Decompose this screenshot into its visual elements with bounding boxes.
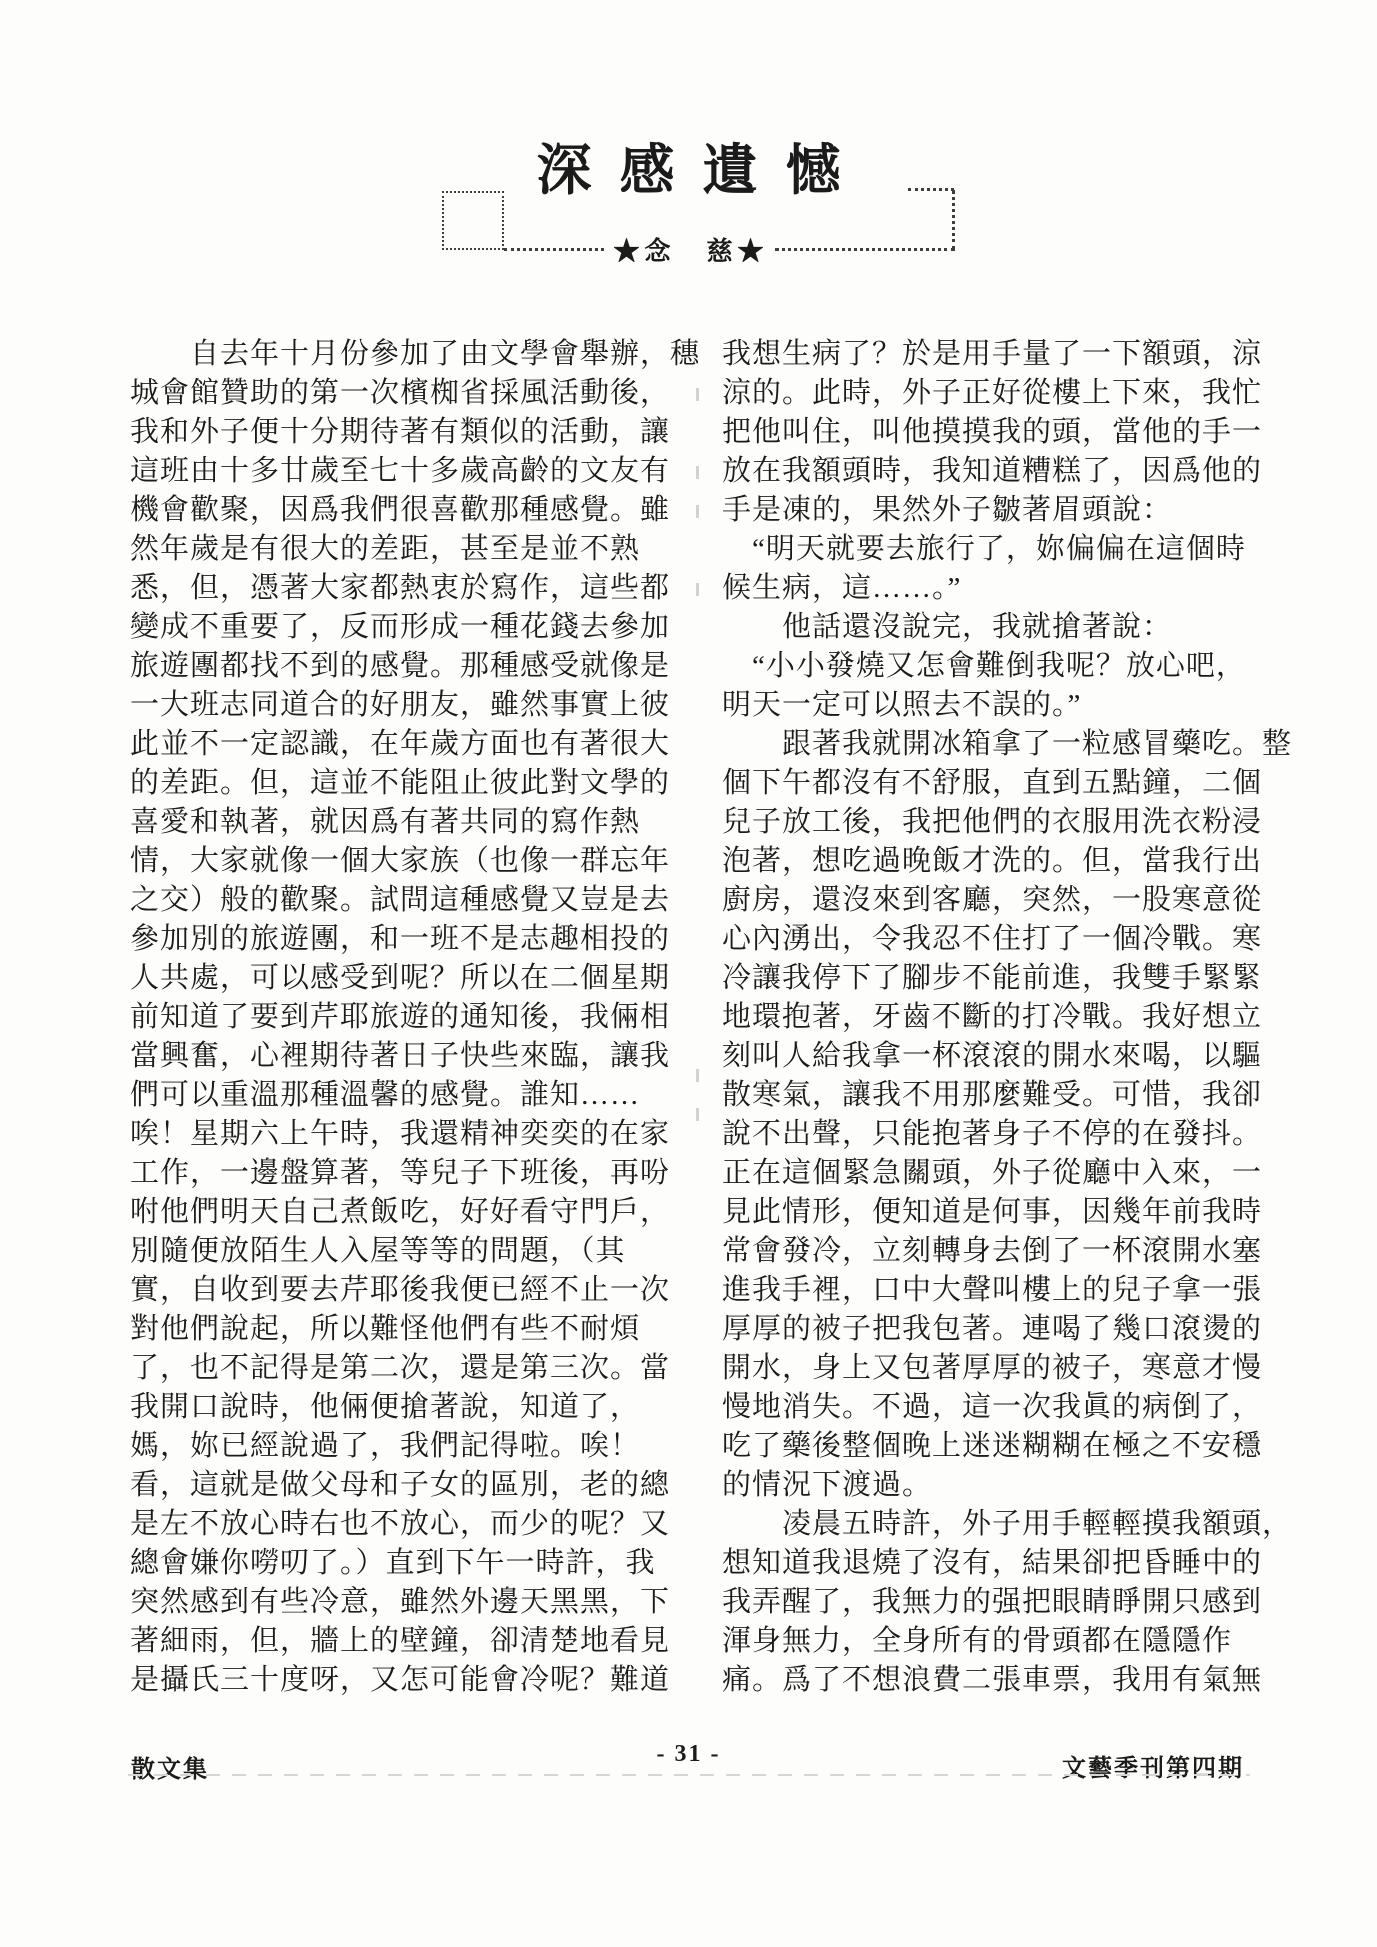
text-line: 散寒氣，讓我不用那麼難受。可惜，我卻 [722,1076,1282,1115]
text-line: 是左不放心時右也不放心，而少的呢？又 [130,1505,690,1544]
text-line: 兒子放工後，我把他們的衣服用洗衣粉浸 [722,803,1282,842]
text-line: 參加別的旅遊團，和一班不是志趣相投的 [130,920,690,959]
scan-artifact-line [128,1774,1250,1776]
text-line: 人共處，可以感受到呢？所以在二個星期 [130,959,690,998]
text-line: 凌晨五時許，外子用手輕輕摸我額頭， [722,1505,1282,1544]
text-column-right: 我想生病了？於是用手量了一下額頭，涼涼的。此時，外子正好從樓上下來，我忙把他叫住… [722,335,1282,1700]
text-line: 見此情形，便知道是何事，因幾年前我時 [722,1193,1282,1232]
text-line: 明天一定可以照去不誤的。” [722,686,1282,725]
text-line: 我和外子便十分期待著有類似的活動，讓 [130,413,690,452]
text-line: 悉，但，憑著大家都熱衷於寫作，這些都 [130,569,690,608]
text-line: 一大班志同道合的好朋友，雖然事實上彼 [130,686,690,725]
scan-artifact-tick [696,388,699,401]
text-line: 候生病，這……。” [722,569,1282,608]
text-line: 吃了藥後整個晚上迷迷糊糊在極之不安穩 [722,1427,1282,1466]
text-line: 廚房，還沒來到客廳，突然，一股寒意從 [722,881,1282,920]
text-line: 泡著，想吃過晚飯才洗的。但，當我行出 [722,842,1282,881]
text-line: 我想生病了？於是用手量了一下額頭，涼 [722,335,1282,374]
text-line: 放在我額頭時，我知道糟糕了，因爲他的 [722,452,1282,491]
text-line: 常會發冷，立刻轉身去倒了一杯滾開水塞 [722,1232,1282,1271]
text-line: 個下午都沒有不舒服，直到五點鐘，二個 [722,764,1282,803]
text-line: 渾身無力，全身所有的骨頭都在隱隱作 [722,1622,1282,1661]
text-line: 旅遊團都找不到的感覺。那種感受就像是 [130,647,690,686]
text-line: “明天就要去旅行了，妳偏偏在這個時 [722,530,1282,569]
text-line: 手是凍的，果然外子皺著眉頭說： [722,491,1282,530]
text-line: 我開口說時，他倆便搶著說，知道了， [130,1388,690,1427]
text-line: 總會嫌你嘮叨了。）直到下午一時許，我 [130,1544,690,1583]
text-line: 這班由十多廿歲至七十多歲高齡的文友有 [130,452,690,491]
text-line: 別隨便放陌生人入屋等等的問題，（其 [130,1232,690,1271]
text-line: 城會館贊助的第一次檳椥省採風活動後， [130,374,690,413]
article-title: 深感遺憾 [0,126,1377,205]
text-line: 冷讓我停下了腳步不能前進，我雙手緊緊 [722,959,1282,998]
scan-artifact-tick [696,1069,699,1082]
text-line: 然年歲是有很大的差距，甚至是並不熟 [130,530,690,569]
text-line: 我弄醒了，我無力的强把眼睛睜開只感到 [722,1583,1282,1622]
text-line: 對他們說起，所以難怪他們有些不耐煩 [130,1310,690,1349]
text-line: 厚厚的被子把我包著。連喝了幾口滾燙的 [722,1310,1282,1349]
text-line: 喜愛和執著，就因爲有著共同的寫作熱 [130,803,690,842]
text-line: 跟著我就開冰箱拿了一粒感冒藥吃。整 [722,725,1282,764]
text-line: 實，自收到要去芹耶後我便已經不止一次 [130,1271,690,1310]
text-line: 把他叫住，叫他摸摸我的頭，當他的手一 [722,413,1282,452]
text-line: 是攝氏三十度呀，又怎可能會冷呢？難道 [130,1661,690,1700]
text-line: 了，也不記得是第二次，還是第三次。當 [130,1349,690,1388]
byline-ornament-right-corner [908,188,954,191]
text-line: 說不出聲，只能抱著身子不停的在發抖。 [722,1115,1282,1154]
scan-artifact-tick [696,505,699,518]
text-line: 變成不重要了，反而形成一種花錢去參加 [130,608,690,647]
scan-artifact-tick [696,466,699,479]
text-line: 著細雨，但，牆上的壁鐘，卻清楚地看見 [130,1622,690,1661]
magazine-page: 深感遺憾 ★念 慈★ 自去年十月份參加了由文學會舉辦，穗城會館贊助的第一次檳椥省… [0,0,1377,1947]
author-byline: ★念 慈★ [0,231,1377,268]
text-line: 痛。爲了不想浪費二張車票，我用有氣無 [722,1661,1282,1700]
scan-artifact-tick [696,583,699,596]
text-column-left: 自去年十月份參加了由文學會舉辦，穗城會館贊助的第一次檳椥省採風活動後，我和外子便… [130,335,690,1700]
text-line: 唉！星期六上午時，我還精神奕奕的在家 [130,1115,690,1154]
text-line: 情，大家就像一個大家族（也像一群忘年 [130,842,690,881]
text-line: 進我手裡，口中大聲叫樓上的兒子拿一張 [722,1271,1282,1310]
text-line: 心內湧出，令我忍不住打了一個冷戰。寒 [722,920,1282,959]
text-line: 咐他們明天自己煮飯吃，好好看守門戶， [130,1193,690,1232]
text-line: 前知道了要到芹耶旅遊的通知後，我倆相 [130,998,690,1037]
text-line: 他話還沒說完，我就搶著說： [722,608,1282,647]
footer-publication: 文藝季刊第四期 [1062,1748,1244,1783]
text-line: 看，這就是做父母和子女的區別，老的總 [130,1466,690,1505]
text-line: 媽，妳已經說過了，我們記得啦。唉！ [130,1427,690,1466]
text-line: 們可以重溫那種溫馨的感覺。誰知…… [130,1076,690,1115]
text-line: 刻叫人給我拿一杯滾滾的開水來喝，以驅 [722,1037,1282,1076]
text-line: 涼的。此時，外子正好從樓上下來，我忙 [722,374,1282,413]
text-line: 此並不一定認識，在年歲方面也有著很大 [130,725,690,764]
text-line: 機會歡聚，因爲我們很喜歡那種感覺。雖 [130,491,690,530]
text-line: 的差距。但，這並不能阻止彼此對文學的 [130,764,690,803]
text-line: 自去年十月份參加了由文學會舉辦，穗 [130,335,690,374]
text-line: 開水，身上又包著厚厚的被子，寒意才慢 [722,1349,1282,1388]
text-line: 正在這個緊急關頭，外子從廳中入來，一 [722,1154,1282,1193]
text-line: 地環抱著，牙齒不斷的打冷戰。我好想立 [722,998,1282,1037]
text-line: 想知道我退燒了沒有，結果卻把昏睡中的 [722,1544,1282,1583]
scan-artifact-tick [696,1108,699,1121]
text-line: 突然感到有些冷意，雖然外邊天黑黑，下 [130,1583,690,1622]
text-line: 工作，一邊盤算著，等兒子下班後，再吩 [130,1154,690,1193]
text-line: 當興奮，心裡期待著日子快些來臨，讓我 [130,1037,690,1076]
text-line: 的情況下渡過。 [722,1466,1282,1505]
text-line: “小小發燒又怎會難倒我呢？放心吧， [722,647,1282,686]
text-line: 之交）般的歡聚。試問這種感覺又豈是去 [130,881,690,920]
text-line: 慢地消失。不過，這一次我眞的病倒了， [722,1388,1282,1427]
